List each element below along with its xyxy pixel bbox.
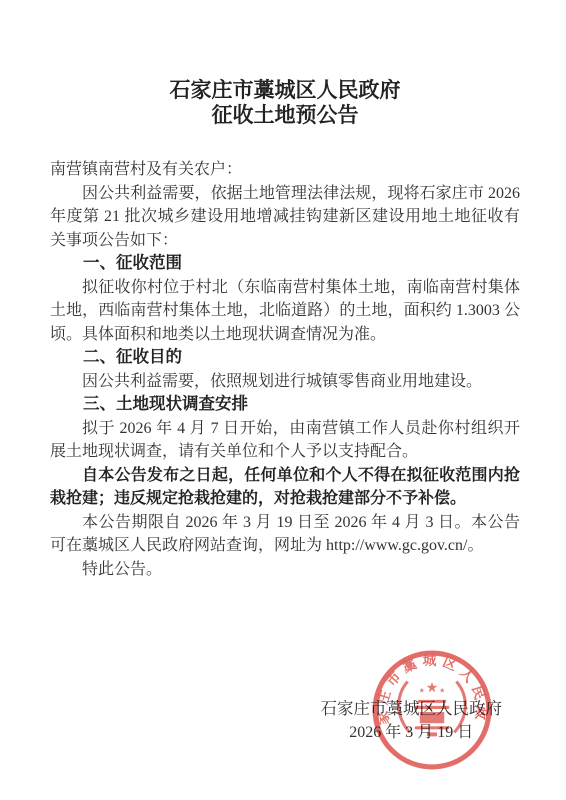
section-3-heading: 三、土地现状调查安排 xyxy=(50,393,520,417)
section-1-body: 拟征收你村位于村北（东临南营村集体土地，南临南营村集体土地，西临南营村集体土地，… xyxy=(50,276,520,347)
document-body: 南营镇南营村及有关农户： 因公共利益需要，依据土地管理法律法规，现将石家庄市 2… xyxy=(50,158,520,581)
section-2-body: 因公共利益需要，依照规划进行城镇零售商业用地建设。 xyxy=(50,370,520,394)
signature-date: 2026 年 3 月 19 日 xyxy=(321,721,503,745)
document-title-line1: 石家庄市藁城区人民政府 xyxy=(170,79,401,102)
intro-paragraph: 因公共利益需要，依据土地管理法律法规，现将石家庄市 2026 年度第 21 批次… xyxy=(50,182,520,253)
signature-issuer: 石家庄市藁城区人民政府 xyxy=(321,697,503,721)
validity-paragraph: 本公告期限自 2026 年 3 月 19 日至 2026 年 4 月 3 日。本… xyxy=(50,511,520,558)
signature-block: 石家庄市藁城区人民政府 2026 年 3 月 19 日 xyxy=(321,697,503,745)
closing-line: 特此公告。 xyxy=(50,558,520,582)
section-3-body: 拟于 2026 年 4 月 7 日开始，由南营镇工作人员赴你村组织开展土地现状调… xyxy=(50,417,520,464)
document-title: 石家庄市藁城区人民政府 征收土地预公告 xyxy=(50,78,520,128)
warning-paragraph: 自本公告发布之日起，任何单位和个人不得在拟征收范围内抢栽抢建；违反规定抢栽抢建的… xyxy=(50,464,520,511)
document-title-line2: 征收土地预公告 xyxy=(212,104,359,127)
salutation: 南营镇南营村及有关农户： xyxy=(50,158,520,182)
section-2-heading: 二、征收目的 xyxy=(50,346,520,370)
section-1-heading: 一、征收范围 xyxy=(50,252,520,276)
announcement-document: 石家庄市藁城区人民政府 征收土地预公告 南营镇南营村及有关农户： 因公共利益需要… xyxy=(0,0,566,800)
